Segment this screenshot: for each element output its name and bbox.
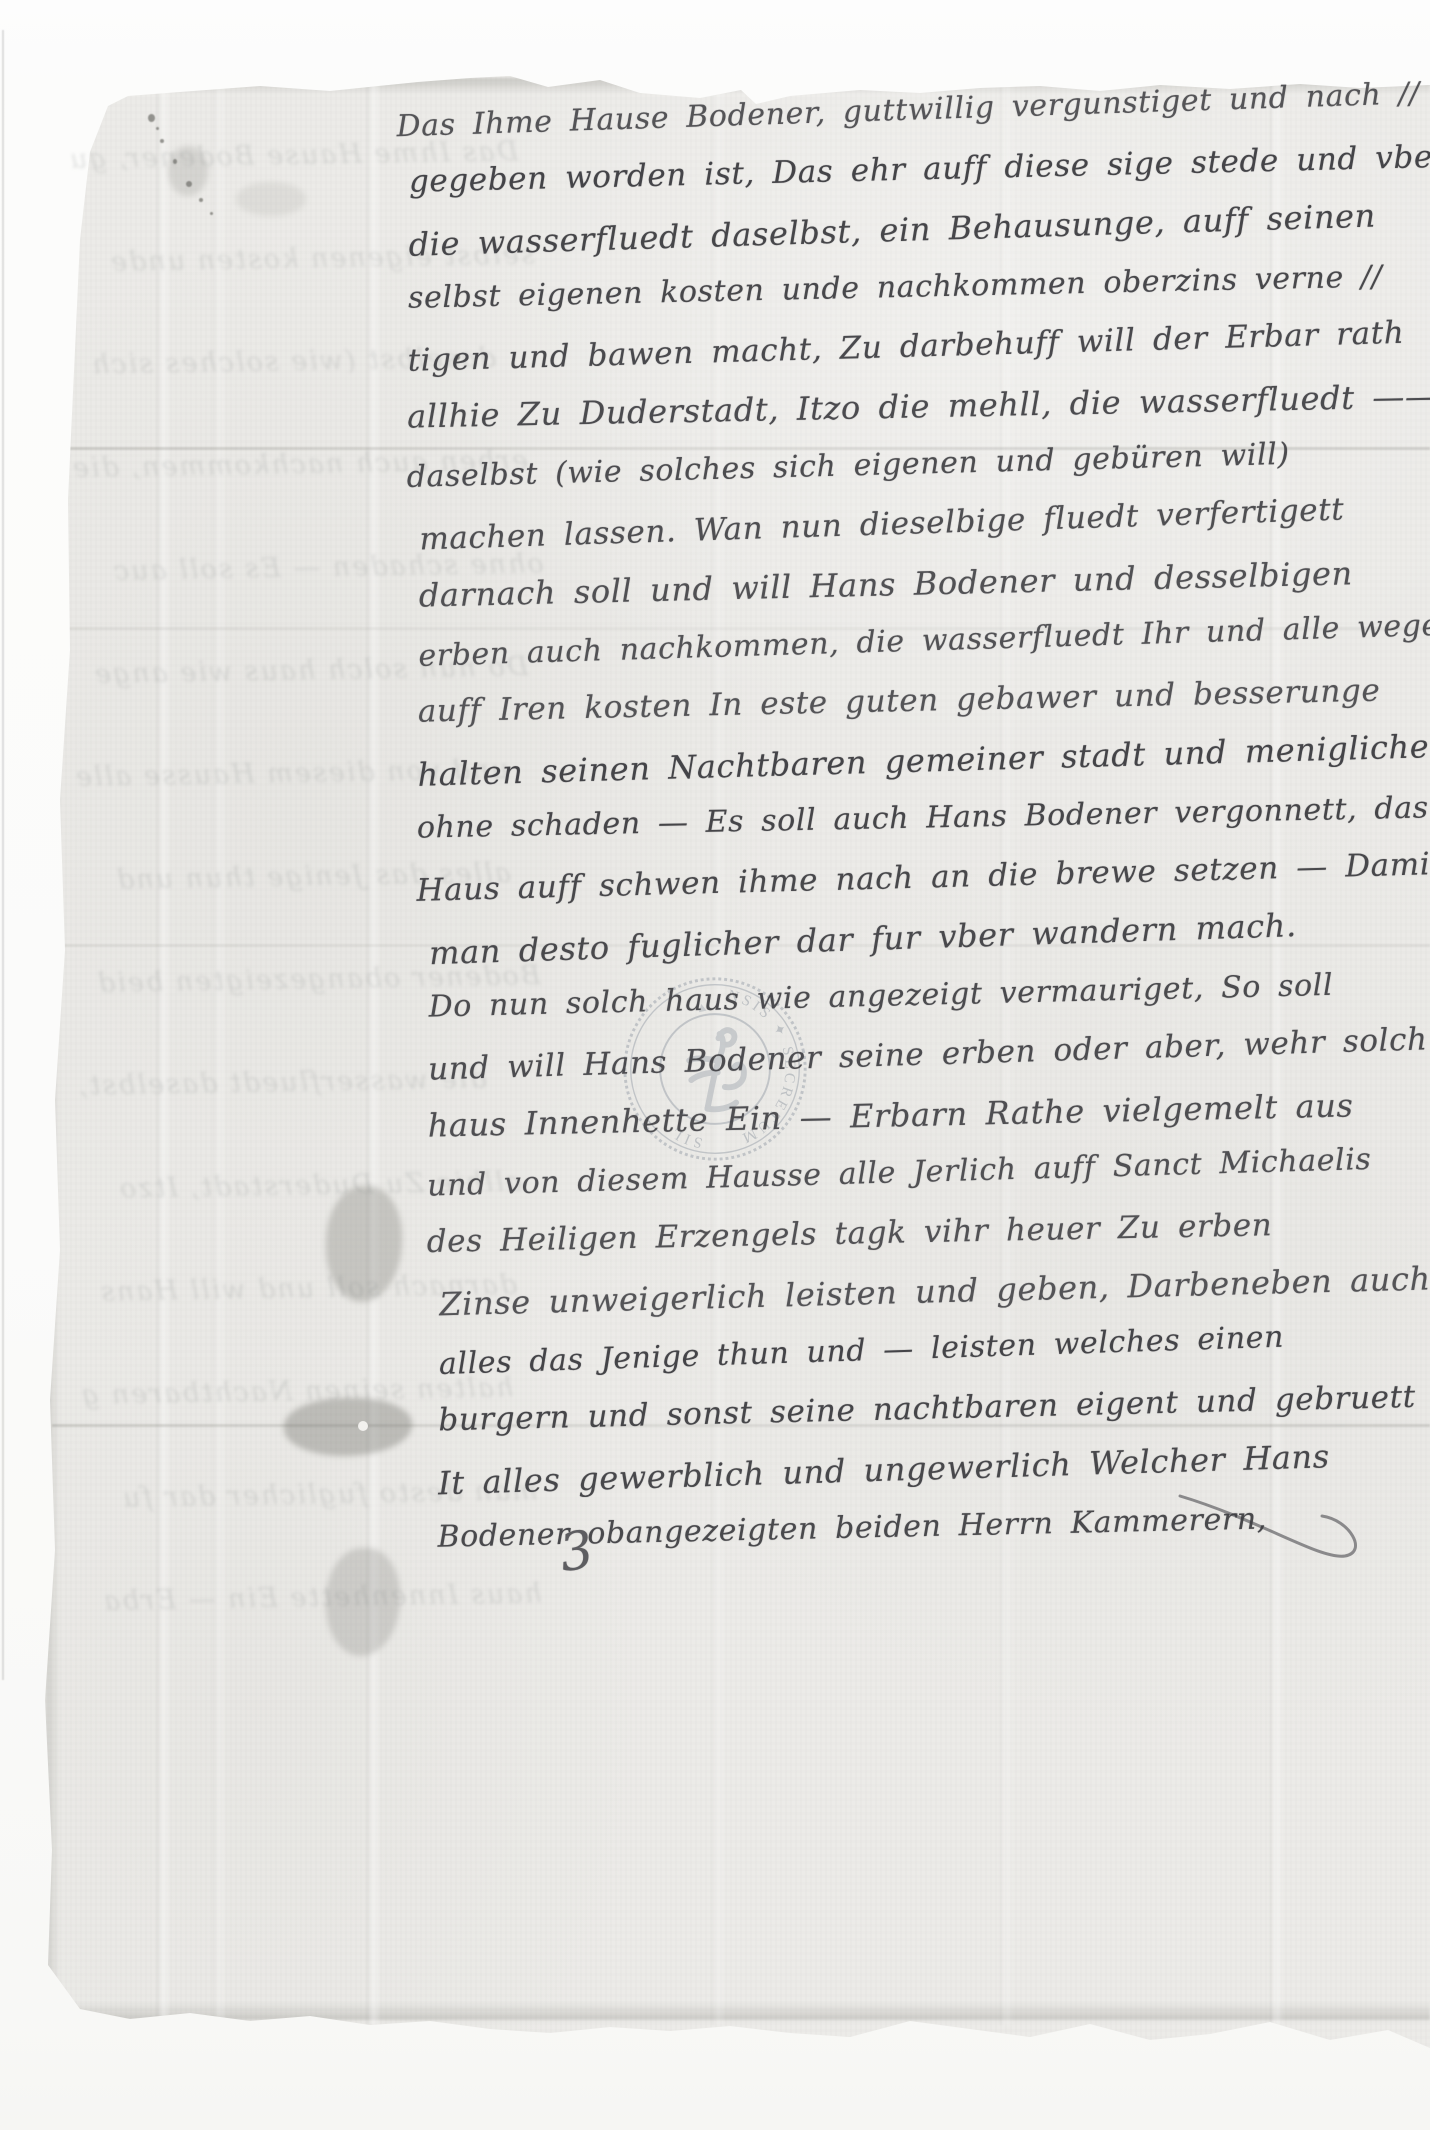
manuscript-line: burgern und sonst seine nachtbaren eigen… xyxy=(438,1379,1416,1439)
manuscript-line: daselbst (wie solches sich eigenen und g… xyxy=(406,437,1290,495)
manuscript-line: erben auch nachkommen, die wasserfluedt … xyxy=(418,608,1430,674)
deckle-edge-bottom xyxy=(48,2002,1430,2020)
manuscript-line: It alles gewerblich und ungewerlich Welc… xyxy=(437,1437,1330,1502)
manuscript-line: Haus auff schwen ihme nach an die brewe … xyxy=(416,846,1430,909)
manuscript-line: und von diesem Hausse alle Jerlich auff … xyxy=(427,1142,1372,1204)
foxing-speck xyxy=(24,13,28,16)
manuscript-line: allhie Zu Duderstadt, Itzo die mehll, di… xyxy=(407,376,1430,435)
manuscript-line: darnach soll und will Hans Bodener und d… xyxy=(418,554,1353,614)
manuscript-line: auff Iren kosten In este guten gebawer u… xyxy=(417,673,1380,730)
manuscript-line: des Heiligen Erzengels tagk vihr heuer Z… xyxy=(426,1207,1272,1260)
manuscript-line: alles das Jenige thun und — leisten welc… xyxy=(438,1320,1284,1382)
manuscript-line: man desto fuglicher dar fur vber wandern… xyxy=(429,906,1298,972)
manuscript-line: ohne schaden — Es soll auch Hans Bodener… xyxy=(417,790,1429,845)
manuscript-line: und will Hans Bodener seine erben oder a… xyxy=(428,1021,1428,1087)
manuscript-line: gegeben worden ist, Das ehr auff diese s… xyxy=(409,139,1430,200)
manuscript-line: halten seinen Nachtbaren gemeiner stadt … xyxy=(417,727,1430,794)
manuscript-line: Das Ihme Hause Bodener, guttwillig vergu… xyxy=(396,76,1420,144)
manuscript-line: die wasserfluedt daselbst, ein Behausung… xyxy=(408,196,1376,263)
manuscript-line: haus Innenhette Ein — Erbarn Rathe vielg… xyxy=(427,1086,1354,1144)
manuscript-text-block: Das Ihme Hause Bodener, guttwillig vergu… xyxy=(0,0,1430,1732)
manuscript-line: Zinse unweigerlich leisten und geben, Da… xyxy=(439,1259,1430,1323)
manuscript-line: Do nun solch haus wie angezeigt vermauri… xyxy=(428,968,1333,1025)
manuscript-line: tigen und bawen macht, Zu darbehuff will… xyxy=(407,315,1405,379)
scanned-manuscript-page: { "document": { "kind_label": "handwritt… xyxy=(0,0,1430,2130)
manuscript-line: machen lassen. Wan nun dieselbige fluedt… xyxy=(419,492,1345,558)
manuscript-line: selbst eigenen kosten unde nachkommen ob… xyxy=(408,259,1383,315)
